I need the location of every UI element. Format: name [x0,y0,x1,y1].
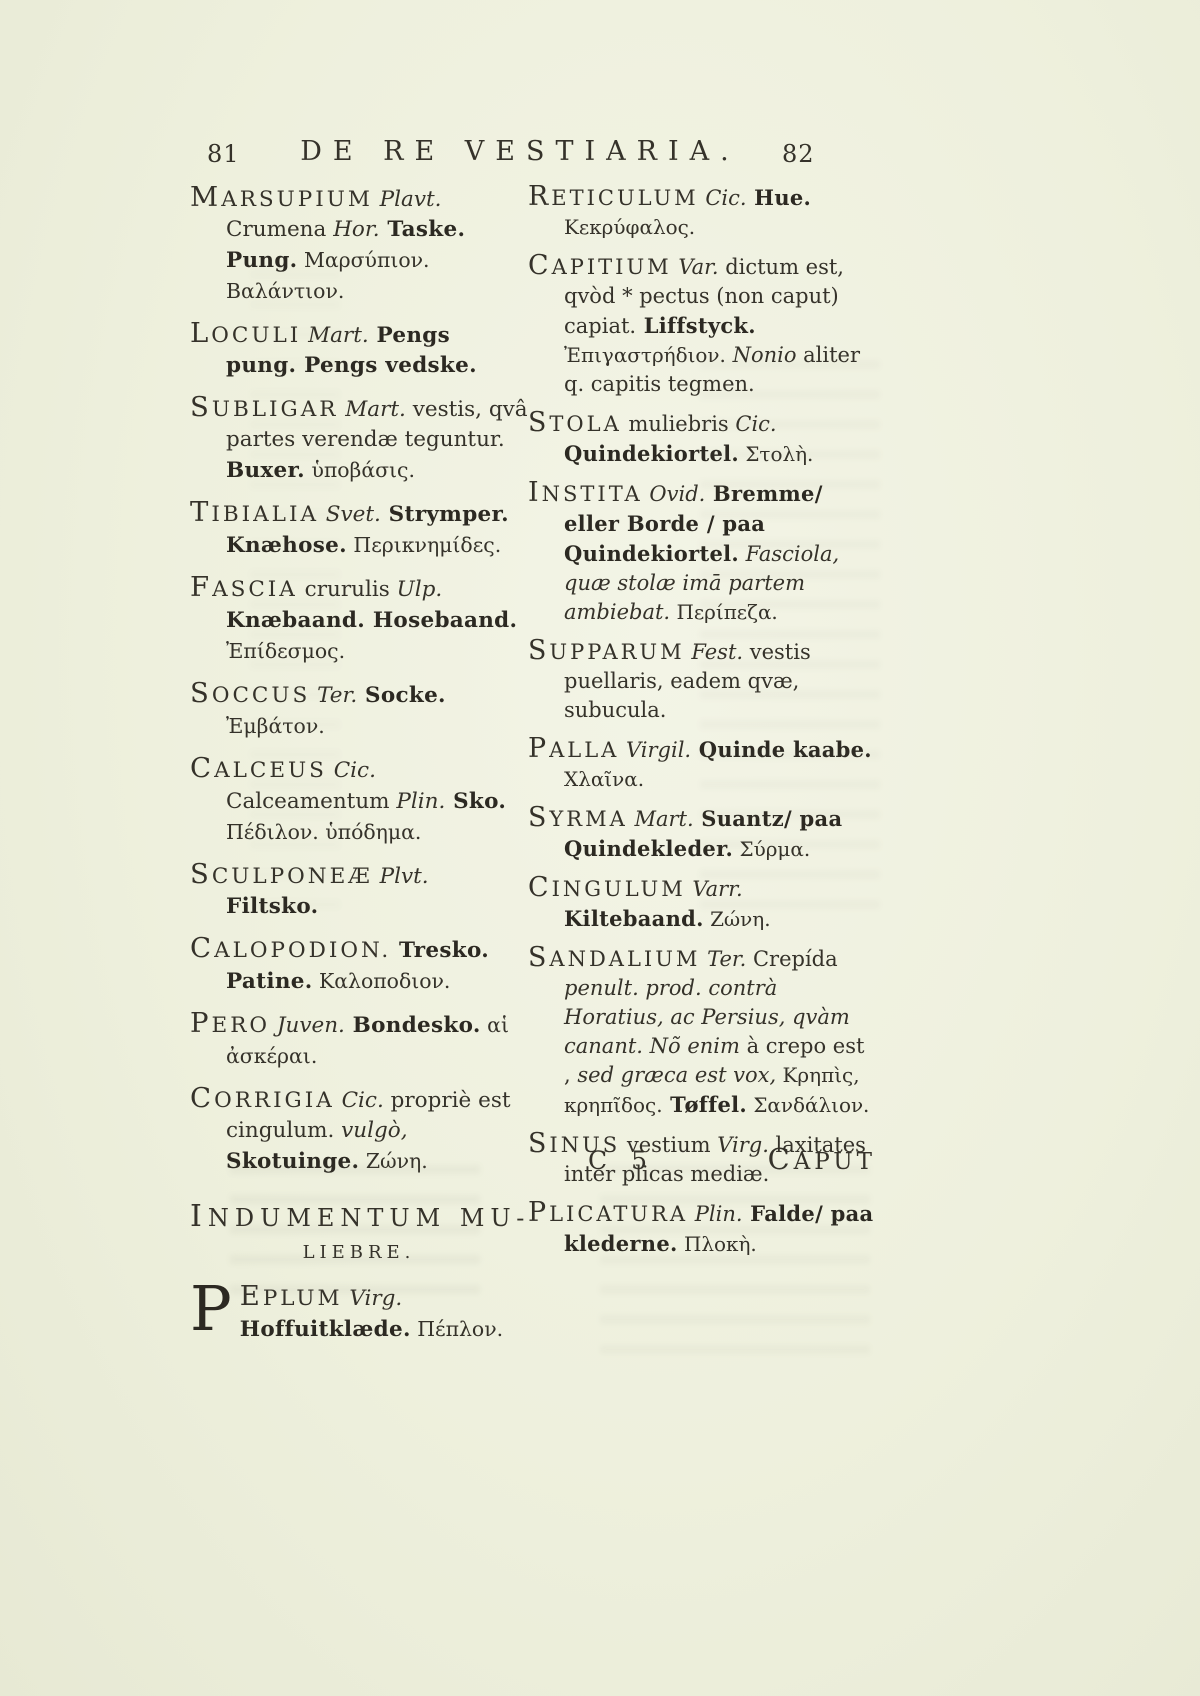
section-heading-line2: LIEBRE. [190,1242,528,1263]
section-heading-line1: INDUMENTUM MU- [190,1199,528,1234]
greek-gloss: Περίπεζα. [670,600,778,624]
vernacular-fraktur: Hue. [747,185,812,210]
entry-calopodion: CALOPODION. Tresko. Patine. Καλοποδιον. [190,933,528,997]
entry-subligar: SUBLIGAR Mart. vestis, qvâ partes verend… [190,392,528,486]
latin-author-italic: Plvt. [373,864,429,889]
entry-supparum: SUPPARUM Fest. vestis puellaris, eadem q… [528,636,876,725]
entry-tibialia: TIBIALIA Svet. Strymper. Knæhose. Περικν… [190,497,528,561]
greek-gloss: Ἐπιγαστρήδιον. [564,343,726,367]
entry-sculponeae: SCULPONEÆ Plvt. Filtsko. [190,859,528,922]
vernacular-fraktur: Hoffuitklæde. [240,1317,411,1342]
latin-text: Crumena [226,217,333,242]
entry-reticulum: RETICULUM Cic. Hue. Κεκρύφαλος. [528,182,876,242]
latin-author-italic: Fest. [685,640,743,664]
latin-text: crurulis [298,577,397,602]
latin-author-italic: Hor. [333,217,379,242]
greek-gloss: Ἐμβάτον. [226,714,325,738]
entry-cingulum: CINGULUM Varr. Kiltebaand. Ζώνη. [528,873,876,934]
headword: SOCCUS [190,678,310,711]
headword: STOLA [528,408,622,439]
entry-loculi: LOCULI Mart. Pengs pung. Pengs vedske. [190,318,528,381]
greek-gloss: Σύρμα. [733,837,810,861]
latin-author-italic: Mart. [338,397,405,422]
latin-author-italic: Juven. [270,1013,345,1038]
vernacular-fraktur: Tøffel. [663,1092,747,1117]
greek-gloss: Περικνημίδες. [347,533,501,557]
latin-author-italic: Plin. [396,789,445,814]
entry-soccus: SOCCUS Ter. Socke. Ἐμβάτον. [190,678,528,742]
entry-stola: STOLA muliebris Cic. Quindekiortel. Στολ… [528,408,876,469]
bottom-line: C 5 CAPUT [528,1142,876,1176]
latin-author-italic: sed græca est vox, [577,1063,776,1087]
latin-author-italic: Mart. [628,807,694,831]
greek-gloss: Ἐπίδεσμος. [226,639,345,663]
greek-gloss: Πέπλον. [411,1317,503,1341]
vernacular-fraktur: Kiltebaand. [564,906,704,931]
latin-author-italic: Mart. [301,323,368,348]
latin-text: Calceamentum [226,789,396,814]
headword: LOCULI [190,318,301,351]
headword: SUBLIGAR [190,392,338,425]
section-heading-indumentum-muliebre: INDUMENTUM MU-LIEBRE. [190,1199,528,1263]
latin-author-italic: Varr. [686,877,743,901]
latin-author-italic: vulgò, [341,1118,407,1143]
greek-gloss: Στολὴ. [739,442,813,466]
vernacular-fraktur: Buxer. [226,458,305,483]
vernacular-fraktur: Liffstyck. [636,313,756,338]
entry-fascia: FASCIA crurulis Ulp. Knæbaand. Hosebaand… [190,572,528,667]
greek-gloss: ὑποβάσις. [305,458,415,482]
greek-gloss: Σανδάλιον. [747,1093,869,1117]
headword: CALCEUS [190,753,327,786]
entry-plicatura: PLICATURA Plin. Falde/ paa klederne. Πλο… [528,1198,876,1259]
entry-peplum: PEPLUM Virg. Hoffuitklæde. Πέπλον. [190,1281,528,1345]
headword: SCULPONEÆ [190,859,373,892]
drop-cap: P [190,1281,240,1335]
greek-gloss: Χλαῖνα. [564,767,644,791]
headword: SYRMA [528,803,628,834]
vernacular-fraktur: Skotuinge. [226,1149,359,1174]
headword: SUPPARUM [528,636,685,667]
headword: SANDALIUM [528,943,700,974]
page-number-right: 82 [782,140,815,168]
headword: CAPITIUM [528,251,672,282]
vernacular-fraktur: Bondesko. [345,1013,481,1038]
book-page-scan: 81 DE RE VESTIARIA. 82 MARSUPIUM Plavt. … [0,0,1200,1696]
greek-gloss: Πλοκὴ. [678,1232,757,1256]
catchword: CAPUT [768,1142,876,1176]
latin-author-italic: Cic. [735,412,776,436]
latin-author-italic: Plavt. [373,187,442,212]
latin-author-italic: Svet. [319,502,381,527]
latin-author-italic: Ter. [310,683,357,708]
running-title: DE RE VESTIARIA. [280,136,760,167]
latin-author-italic: Ulp. [397,577,443,602]
entry-palla: PALLA Virgil. Quinde kaabe. Χλαῖνα. [528,734,876,794]
vernacular-fraktur: Quinde kaabe. [691,737,872,762]
entry-calceus: CALCEUS Cic. Calceamentum Plin. Sko. Πέδ… [190,753,528,848]
headword: FASCIA [190,572,298,605]
entry-pero: PERO Juven. Bondesko. αἱ ἀσκέραι. [190,1008,528,1072]
right-column: RETICULUM Cic. Hue. Κεκρύφαλος.CAPITIUM … [528,182,876,1268]
vernacular-fraktur: Socke. [357,683,446,708]
greek-gloss: Ζώνη. [704,907,771,931]
greek-gloss: Ζώνη. [359,1149,427,1173]
entry-capitium: CAPITIUM Var. dictum est, qvòd * pectus … [528,251,876,399]
headword: INSTITA [528,478,643,509]
latin-author-italic: Cic. [335,1088,384,1113]
latin-author-italic: Virgil. [619,738,691,762]
entry-instita: INSTITA Ovid. Bremme/ eller Borde / paa … [528,478,876,627]
latin-author-italic: Cic. [699,186,747,210]
headword: TIBIALIA [190,497,319,530]
greek-gloss: Κεκρύφαλος. [564,215,695,239]
headword: PALLA [528,734,619,765]
latin-author-italic: Ter. [700,947,746,971]
headword: CINGULUM [528,873,686,904]
latin-author-italic: Var. [672,255,719,279]
vernacular-fraktur: Knæbaand. Hosebaand. [226,608,517,633]
greek-gloss: Πέδιλον. ὑπόδημα. [226,820,421,844]
greek-gloss: Καλοποδιον. [313,969,451,993]
signature-mark: C 5 [588,1146,655,1175]
latin-author-italic: Plin. [688,1202,742,1226]
vernacular-fraktur: Sko. [445,789,506,814]
headword: PLICATURA [528,1198,688,1229]
latin-author-italic: Ovid. [643,482,706,506]
headword: MARSUPIUM [190,182,373,215]
headword: CORRIGIA [190,1083,335,1116]
vernacular-fraktur: Filtsko. [226,894,318,919]
headword: EPLUM [240,1281,343,1314]
latin-author-italic: Cic. [327,758,376,783]
latin-text: muliebris [622,412,736,436]
page-number-left: 81 [207,140,240,168]
entry-syrma: SYRMA Mart. Suantz/ paa Quindekleder. Σύ… [528,803,876,864]
left-column: MARSUPIUM Plavt. Crumena Hor. Taske. Pun… [190,182,528,1356]
vernacular-fraktur: Quindekiortel. [564,441,739,466]
headword: RETICULUM [528,182,699,213]
latin-author-italic: Nonio [726,343,797,367]
headword: CALOPODION. [190,933,391,966]
entry-corrigia: CORRIGIA Cic. propriè est cingulum. vulg… [190,1083,528,1177]
latin-author-italic: Virg. [343,1286,403,1311]
entry-marsupium: MARSUPIUM Plavt. Crumena Hor. Taske. Pun… [190,182,528,307]
headword: PERO [190,1008,270,1041]
latin-text: Crepída [746,947,837,971]
entry-sandalium: SANDALIUM Ter. Crepída penult. prod. con… [528,943,876,1120]
